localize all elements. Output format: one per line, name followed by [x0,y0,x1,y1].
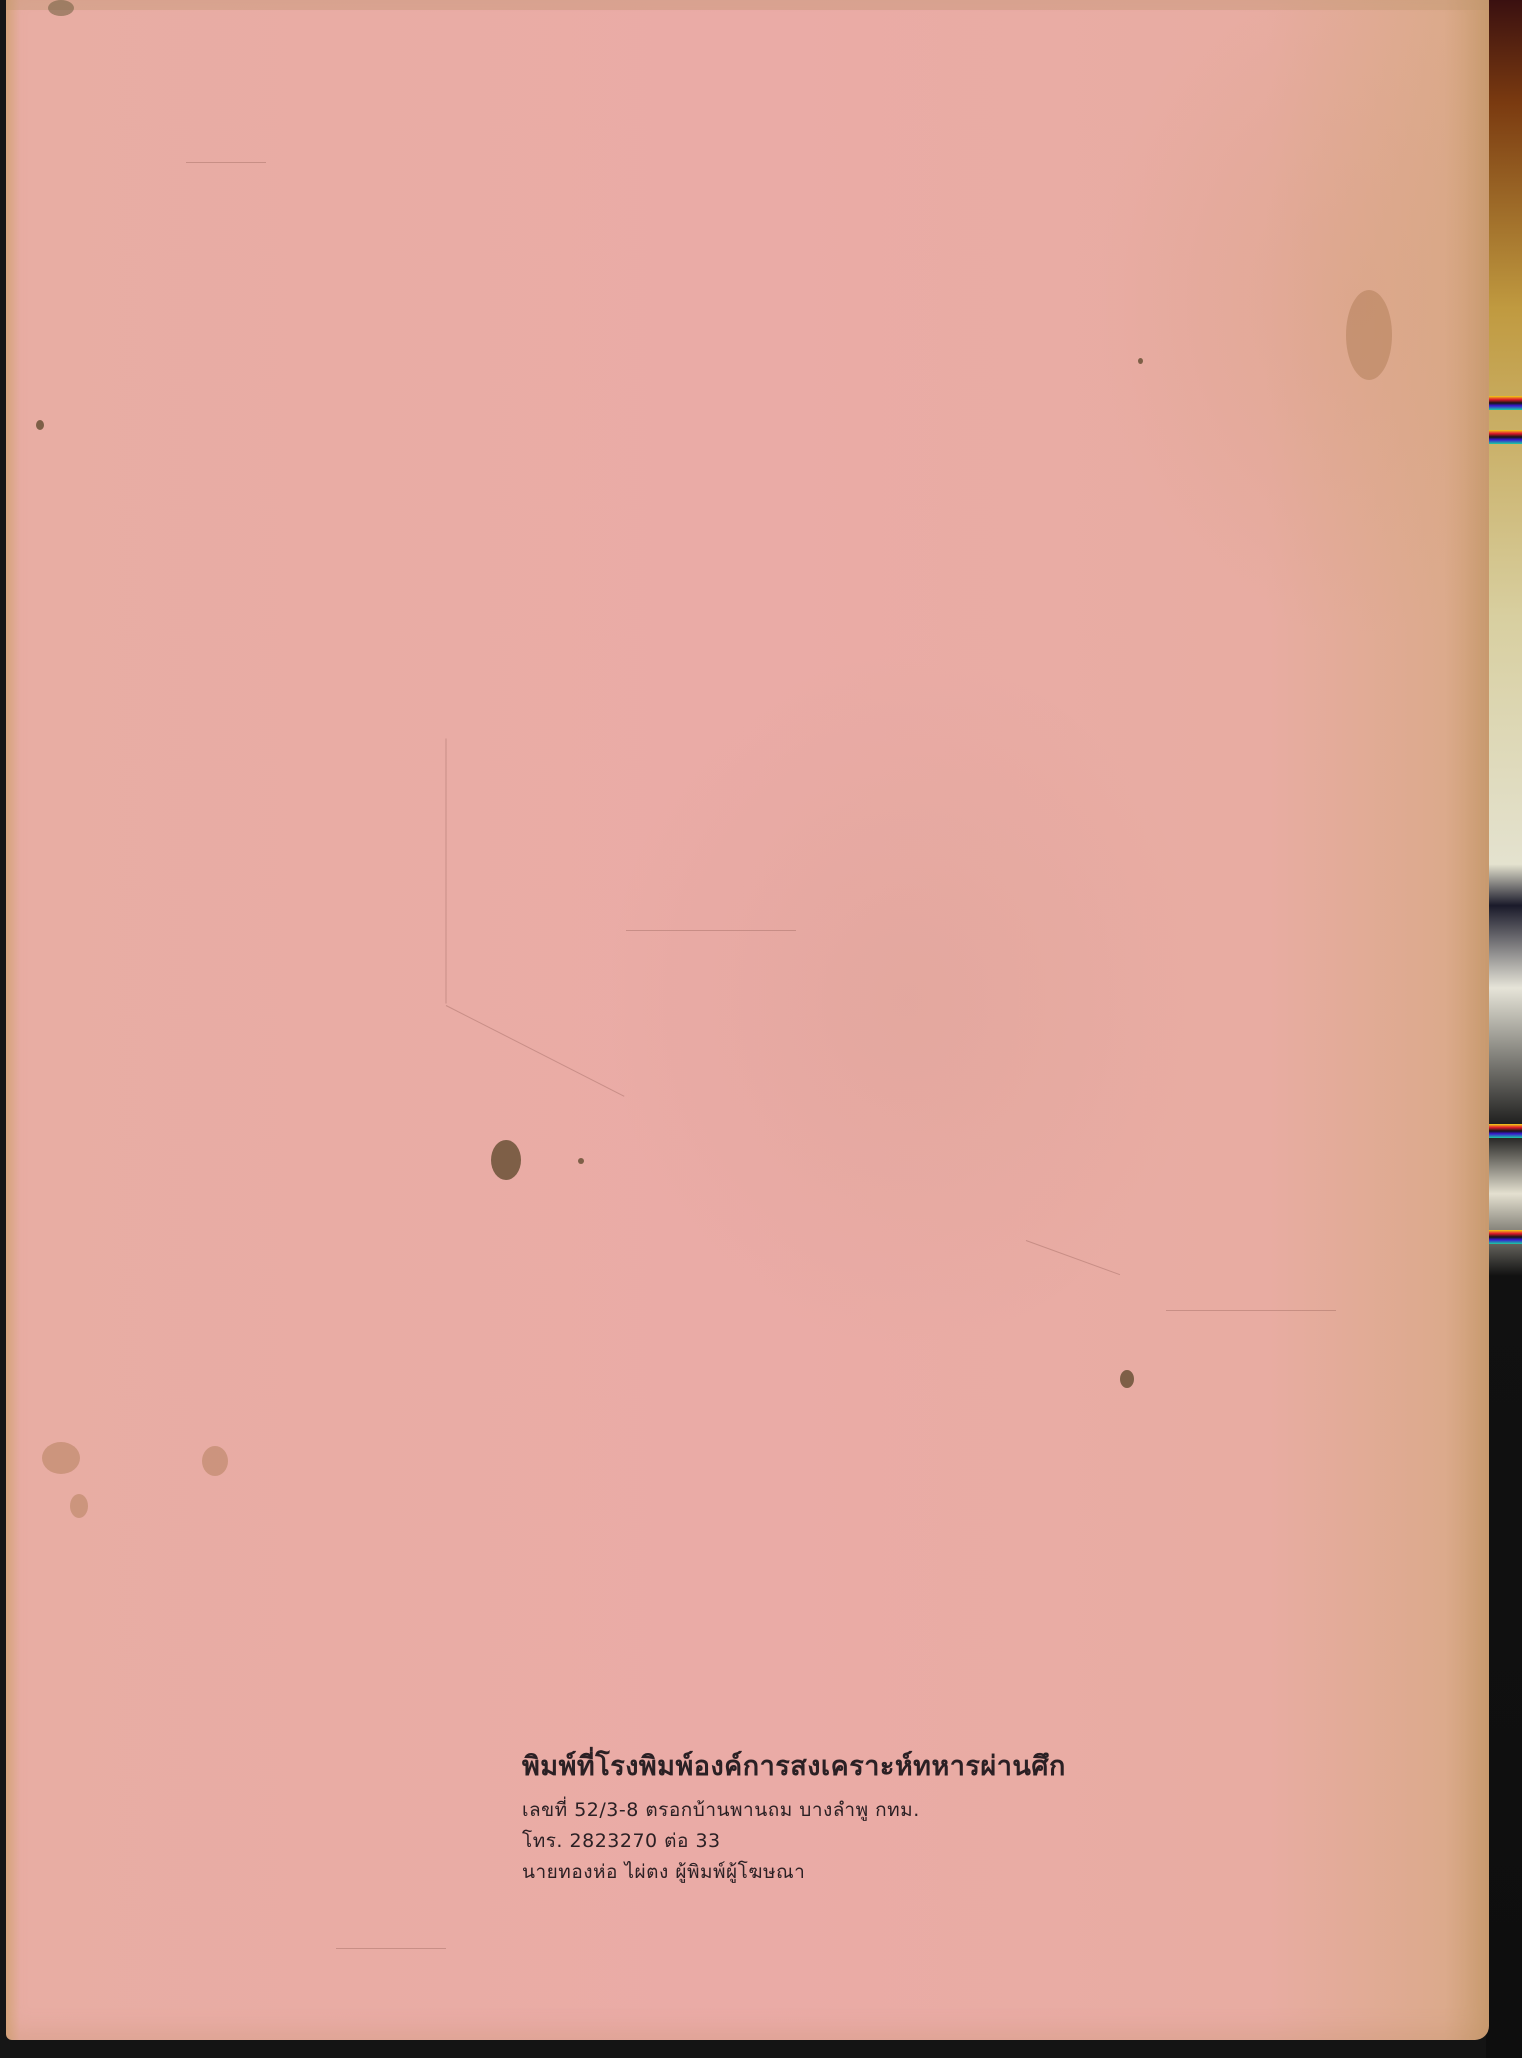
scan-background-right [1486,0,1522,2058]
light-reflection [1486,430,1522,444]
scratch [1166,1310,1336,1311]
corner-tear [48,0,74,16]
stain [491,1140,521,1180]
printer-imprint: พิมพ์ที่โรงพิมพ์องค์การสงเคราะห์ทหารผ่าน… [522,1744,1066,1888]
back-cover-page: พิมพ์ที่โรงพิมพ์องค์การสงเคราะห์ทหารผ่าน… [6,0,1489,2040]
printer-phone: โทร. 2823270 ต่อ 33 [522,1826,1066,1857]
scratch [336,1948,446,1949]
top-edge-wear [6,0,1489,10]
printer-name: พิมพ์ที่โรงพิมพ์องค์การสงเคราะห์ทหารผ่าน… [522,1744,1066,1787]
stain [70,1494,88,1518]
light-reflection [1486,396,1522,410]
printer-address: เลขที่ 52/3-8 ตรอกบ้านพานถม บางลำพู กทม. [522,1795,1066,1826]
stain [202,1446,228,1476]
stain [1346,290,1392,380]
stain [42,1442,80,1474]
speck [578,1158,584,1164]
speck [1138,358,1143,364]
scratch [1026,1240,1120,1275]
scratch [446,1005,625,1097]
scratch [186,162,266,163]
light-reflection [1486,1230,1522,1244]
publisher-name: นายทองห่อ ไผ่ตง ผู้พิมพ์ผู้โฆษณา [522,1857,1066,1888]
scratch [626,930,796,931]
scratch [446,739,447,1004]
stain [1120,1370,1134,1388]
speck [36,420,44,430]
light-reflection [1486,1124,1522,1138]
